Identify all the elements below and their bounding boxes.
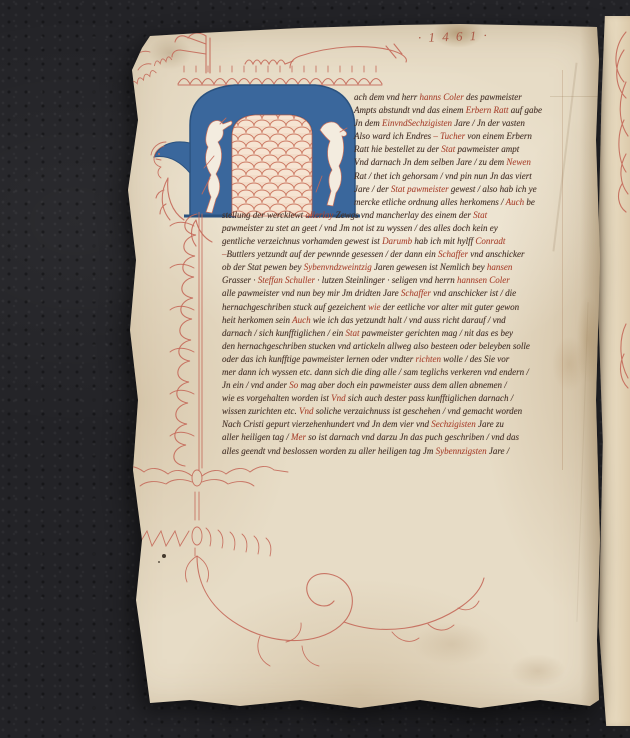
ink-text: Also ward ich Endres (354, 131, 433, 141)
manuscript-line: gentliche verzeichnus vorhamden gewest i… (222, 236, 582, 249)
rubricated-text: Schaffer (401, 288, 431, 298)
manuscript-line: –Buttlers yetzundt auf der pewnnde geses… (222, 249, 582, 262)
ink-text: wolle / des Sie vor (441, 354, 509, 364)
manuscript-line: Rat / thet ich gehorsam / vnd pin nun Jn… (222, 171, 582, 184)
penwork-spiral-vine-icon (185, 492, 484, 666)
manuscript-line: den hernachgeschriben stucken vnd artick… (222, 341, 582, 354)
ink-text: vnd anschicker (468, 249, 524, 259)
ink-text: Jare / der (354, 184, 391, 194)
manuscript-line: Also ward ich Endres – Tucher von einem … (222, 131, 582, 144)
ink-text: gentliche verzeichnus vorhamden gewest i… (222, 236, 382, 246)
rubricated-text: Steffan Schuller (258, 275, 315, 285)
manuscript-line: Nach Cristi gepurt vierzehenhundert vnd … (222, 419, 582, 432)
rubricated-text: Stat (345, 328, 359, 338)
ink-text: alle pawmeister vnd nun bey mir Jm dridt… (222, 288, 401, 298)
manuscript-line: mercke etliche ordnung alles herkomens /… (222, 197, 582, 210)
rubricated-text: hanns Coler (419, 92, 463, 102)
rubricated-text: Sybenvndzweintzig (304, 262, 372, 272)
manuscript-line: hernachgeschriben stuck auf gezeichent w… (222, 302, 582, 315)
ink-text: ach dem vnd herr (354, 92, 419, 102)
manuscript-line: Vnd darnach Jn dem selben Jare / zu dem … (222, 157, 582, 170)
rubricated-text: wie (368, 302, 381, 312)
rubricated-text: Schaffer (438, 249, 468, 259)
penwork-chain-border-icon (170, 212, 202, 470)
manuscript-line: Jn ein / vnd ander So mag aber doch ein … (222, 380, 582, 393)
manuscript-line: pawmeister zu stet an geet / vnd Jm not … (222, 223, 582, 236)
manuscript-line: wie es vorgehalten worden ist Vnd sich a… (222, 393, 582, 406)
ink-text: vnd anschicker ist / die (431, 288, 516, 298)
manuscript-page: · 1 4 6 1 · (112, 22, 604, 714)
ink-text: Jare / Jn der vasten (452, 118, 525, 128)
rubricated-text: Newen (506, 157, 531, 167)
manuscript-line: mer dann ich wyssen etc. dann sich die d… (222, 367, 582, 380)
manuscript-line: Grasser · Steffan Schuller · lutzen Stei… (222, 275, 582, 288)
ink-text: ob der Stat pewen bey (222, 262, 304, 272)
ink-text: Buttlers yetzundt auf der pewnnde gesess… (227, 249, 438, 259)
ink-text: wie es vorgehalten worden ist (222, 393, 331, 403)
ink-text: · lutzen Steinlinger · seligen vnd herrn (315, 275, 457, 285)
penwork-wing-motif-icon (121, 466, 288, 486)
manuscript-line: Jare / der Stat pawmeister gewest / also… (222, 184, 582, 197)
manuscript-line: alles geendt vnd beslossen worden zu all… (222, 446, 582, 459)
manuscript-line: darnach / sich kunfftiglichen / ein Stat… (222, 328, 582, 341)
rubricated-text: Vnd (331, 393, 346, 403)
text-block: ach dem vnd herr hanns Coler des pawmeis… (222, 92, 582, 459)
manuscript-line: wissen zurichten etc. Vnd soliche verzai… (222, 406, 582, 419)
rubricated-text: EinvndSechzigisten (382, 118, 452, 128)
rubricated-text: hannsen Coler (457, 275, 510, 285)
rubricated-text: Stat (441, 144, 455, 154)
manuscript-line: stellung der wercklewt allerlay Zewgs vn… (222, 210, 582, 223)
rubricated-text: Sechzigisten (431, 419, 476, 429)
ink-text: Rat / thet ich gehorsam / vnd pin nun Jn… (354, 171, 532, 181)
ink-text: Jaren gewesen ist Nemlich bey (372, 262, 487, 272)
ink-text: pawmeister zu stet an geet / vnd Jm not … (222, 223, 498, 233)
ink-text: mer dann ich wyssen etc. dann sich die d… (222, 367, 529, 377)
ink-text: heit herkomen sein (222, 315, 292, 325)
stain (510, 654, 566, 688)
rubricated-text: Tucher (440, 131, 465, 141)
ink-text: Jn dem (354, 118, 382, 128)
ink-text: so ist darnach vnd darzu Jn das puch ges… (306, 432, 519, 442)
manuscript-line: oder das ich kunfftige pawmeister lernen… (222, 354, 582, 367)
rubricated-text: richten (415, 354, 441, 364)
photo-of-manuscript: { "page": { "year_annotation": "· 1 4 6 … (0, 0, 630, 738)
ink-text: pawmeister ampt (455, 144, 519, 154)
ink-text: mercke etliche ordnung alles herkomens / (354, 197, 506, 207)
ink-text: Ratt hie bestellet zu der (354, 144, 441, 154)
ink-text: Nach Cristi gepurt vierzehenhundert vnd … (222, 419, 431, 429)
year-annotation: · 1 4 6 1 · (418, 26, 538, 46)
rubricated-text: allerlay (305, 210, 333, 220)
ink-text: wie ich das yetzundt halt / vnd auss ric… (311, 315, 506, 325)
rubricated-text: Vnd (299, 406, 314, 416)
ink-text: Zewgs vnd mancherlay des einem der (333, 210, 473, 220)
ink-text: pawmeister gerichten mag / nit das es be… (360, 328, 513, 338)
manuscript-line: aller heiligen tag / Mer so ist darnach … (222, 432, 582, 445)
rubricated-text: So (289, 380, 298, 390)
ink-text: alles geendt vnd beslossen worden zu all… (222, 446, 436, 456)
ink-text: sich auch dester pass kunfftiglichen dar… (346, 393, 514, 403)
page-edge-shading (580, 22, 604, 714)
ink-text: mag aber doch ein pawmeister auss dem al… (298, 380, 506, 390)
manuscript-line: alle pawmeister vnd nun bey mir Jm dridt… (222, 288, 582, 301)
manuscript-page-wrapper: · 1 4 6 1 · (112, 22, 604, 714)
rubricated-text: Darumb (382, 236, 412, 246)
ink-text: Jare / (487, 446, 510, 456)
manuscript-line: Ratt hie bestellet zu der Stat pawmeiste… (222, 144, 582, 157)
rubricated-text: Auch (506, 197, 525, 207)
manuscript-line: Jn dem EinvndSechzigisten Jare / Jn der … (222, 118, 582, 131)
ink-text: des pawmeister (464, 92, 522, 102)
ink-text: hab ich mit hylff (412, 236, 475, 246)
ink-text: darnach / sich kunfftiglichen / ein (222, 328, 345, 338)
ink-text: den hernachgeschriben stucken vnd artick… (222, 341, 530, 351)
manuscript-line: Ampts abstundt vnd das einem Erbern Ratt… (222, 105, 582, 118)
penwork-crenellation-band-icon (178, 66, 382, 85)
ink-text: gewest / also hab ich ye (449, 184, 537, 194)
ink-text: aller heiligen tag / (222, 432, 291, 442)
ink-text: stellung der wercklewt (222, 210, 305, 220)
ink-text: hernachgeschriben stuck auf gezeichent (222, 302, 368, 312)
rubricated-text: hansen (487, 262, 513, 272)
rubricated-text: Sybennzigsten (436, 446, 487, 456)
ink-text: wissen zurichten etc. (222, 406, 299, 416)
manuscript-line: heit herkomen sein Auch wie ich das yetz… (222, 315, 582, 328)
ink-text: von einem Erbern (465, 131, 532, 141)
rubricated-text: Mer (291, 432, 306, 442)
rubricated-text: Conradt (475, 236, 505, 246)
ink-text: be (524, 197, 535, 207)
rubricated-text: Erbern Ratt (466, 105, 509, 115)
manuscript-line: ob der Stat pewen bey Sybenvndzweintzig … (222, 262, 582, 275)
ink-text: Vnd darnach Jn dem selben Jare / zu dem (354, 157, 506, 167)
ink-text: Jare zu (476, 419, 504, 429)
rubricated-text: Auch (292, 315, 311, 325)
ink-text: Jn ein / vnd ander (222, 380, 289, 390)
ink-text: Ampts abstundt vnd das einem (354, 105, 466, 115)
penwork-zigzag-loops-icon (129, 527, 270, 556)
ink-text: der eetliche vor alter mit guter gewon (380, 302, 519, 312)
penwork-top-flourish-icon (172, 33, 406, 73)
ink-text: oder das ich kunfftige pawmeister lernen… (222, 354, 415, 364)
ink-text: soliche verzaichnuss ist geschehen / vnd… (314, 406, 523, 416)
ink-text: auf gabe (509, 105, 543, 115)
ink-text: Grasser · (222, 275, 258, 285)
rubricated-text: Stat (473, 210, 487, 220)
manuscript-line: ach dem vnd herr hanns Coler des pawmeis… (222, 92, 582, 105)
rubricated-text: Stat pawmeister (391, 184, 449, 194)
